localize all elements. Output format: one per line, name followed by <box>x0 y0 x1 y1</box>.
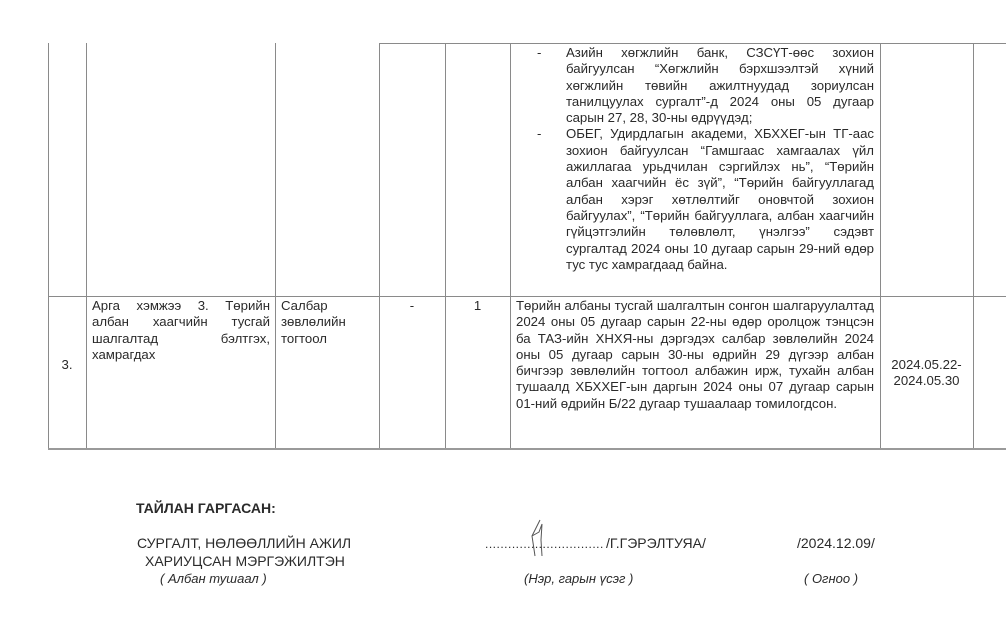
report-heading: ТАЙЛАН ГАРГАСАН: <box>136 500 276 516</box>
continuation-results: - Азийн хөгжлийн банк, СЗСҮТ-өөс зохион … <box>566 45 874 273</box>
list-item: - Азийн хөгжлийн банк, СЗСҮТ-өөс зохион … <box>566 45 874 126</box>
result-cell: Төрийн албаны тусгай шалгалтын сонгон ша… <box>516 298 874 412</box>
position-line-2: ХАРИУЦСАН МЭРГЭЖИЛТЭН <box>145 553 345 569</box>
position-caption: ( Албан тушаал ) <box>160 571 267 586</box>
bullet-marker: - <box>537 126 541 142</box>
list-item: - ОБЕГ, Удирдлагын академи, ХБХХЕГ-ын ТГ… <box>566 126 874 273</box>
name-caption: (Нэр, гарын үсэг ) <box>524 571 633 586</box>
bullet-marker: - <box>537 45 541 61</box>
col4-cell: - <box>379 298 445 314</box>
document-cell: Салбар зөвлөлийн тогтоол <box>281 298 373 347</box>
signer-name: /Г.ГЭРЭЛТУЯА/ <box>606 535 706 551</box>
report-date: /2024.12.09/ <box>797 535 875 551</box>
date-cell: 2024.05.22- 2024.05.30 <box>880 357 973 390</box>
row-number: 3. <box>48 357 86 373</box>
activity-cell: Арга хэмжээ 3. Төрийн албан хаагчийн тус… <box>92 298 270 363</box>
col5-cell: 1 <box>445 298 510 314</box>
position-line-1: СУРГАЛТ, НӨЛӨӨЛЛИЙН АЖИЛ <box>137 535 351 551</box>
signature-icon <box>524 518 554 558</box>
date-caption: ( Огноо ) <box>804 571 858 586</box>
